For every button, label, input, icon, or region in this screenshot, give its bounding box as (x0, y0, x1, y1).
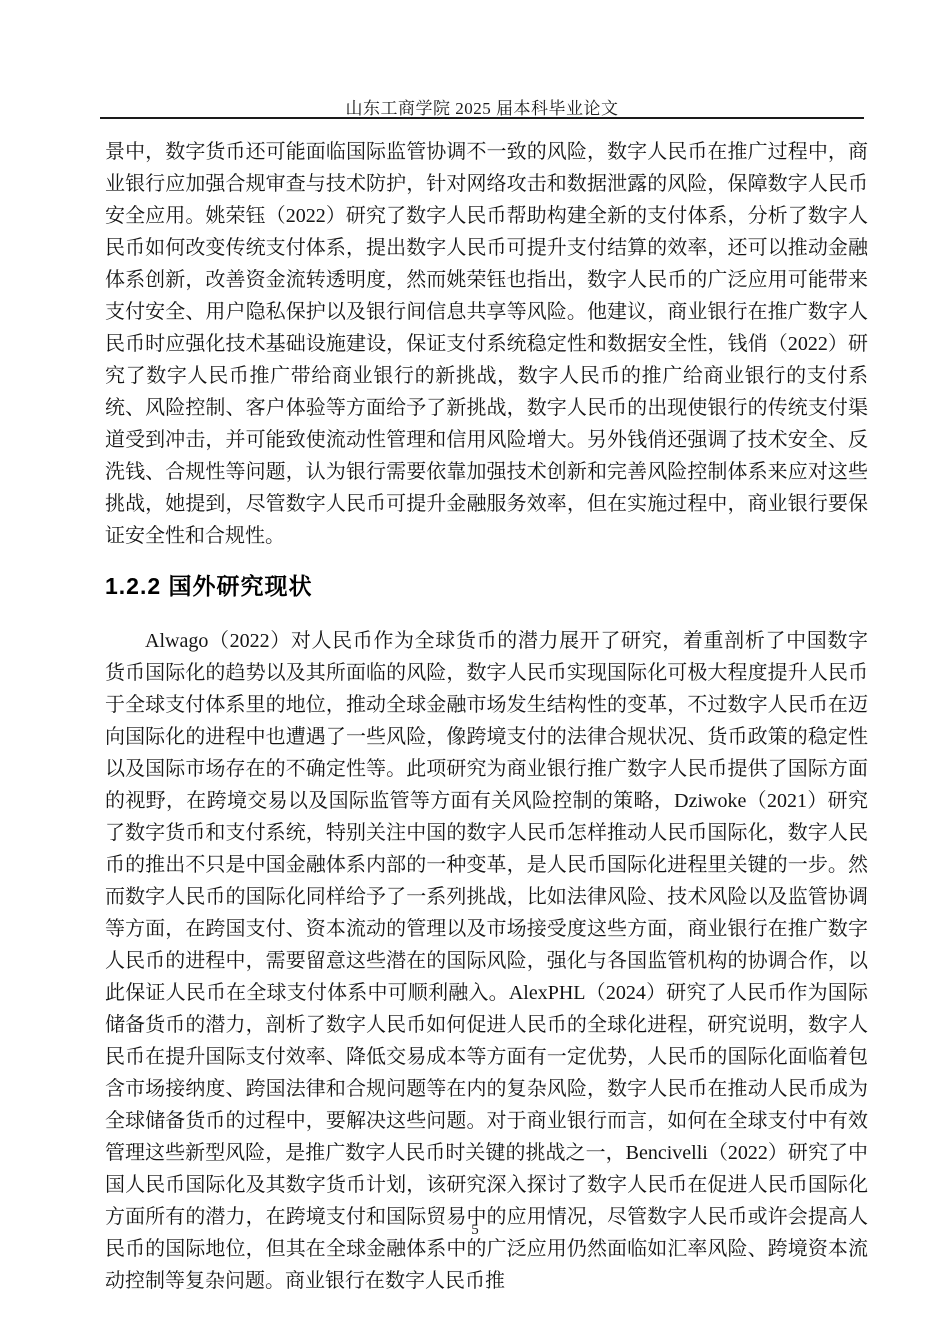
thesis-page: 山东工商学院 2025 届本科毕业论文 景中，数字货币还可能面临国际监管协调不一… (0, 0, 950, 1344)
header-rule (100, 117, 864, 119)
page-content: 景中，数字货币还可能面临国际监管协调不一致的风险，数字人民币在推广过程中，商业银… (105, 136, 868, 1297)
paragraph-domestic-research-continued: 景中，数字货币还可能面临国际监管协调不一致的风险，数字人民币在推广过程中，商业银… (105, 136, 868, 552)
running-head-title: 山东工商学院 2025 届本科毕业论文 (100, 94, 864, 119)
section-heading-1-2-2: 1.2.2 国外研究现状 (105, 571, 868, 601)
paragraph-foreign-research: Alwago（2022）对人民币作为全球货币的潜力展开了研究，着重剖析了中国数字… (105, 625, 868, 1297)
page-number: 5 (0, 1222, 950, 1239)
